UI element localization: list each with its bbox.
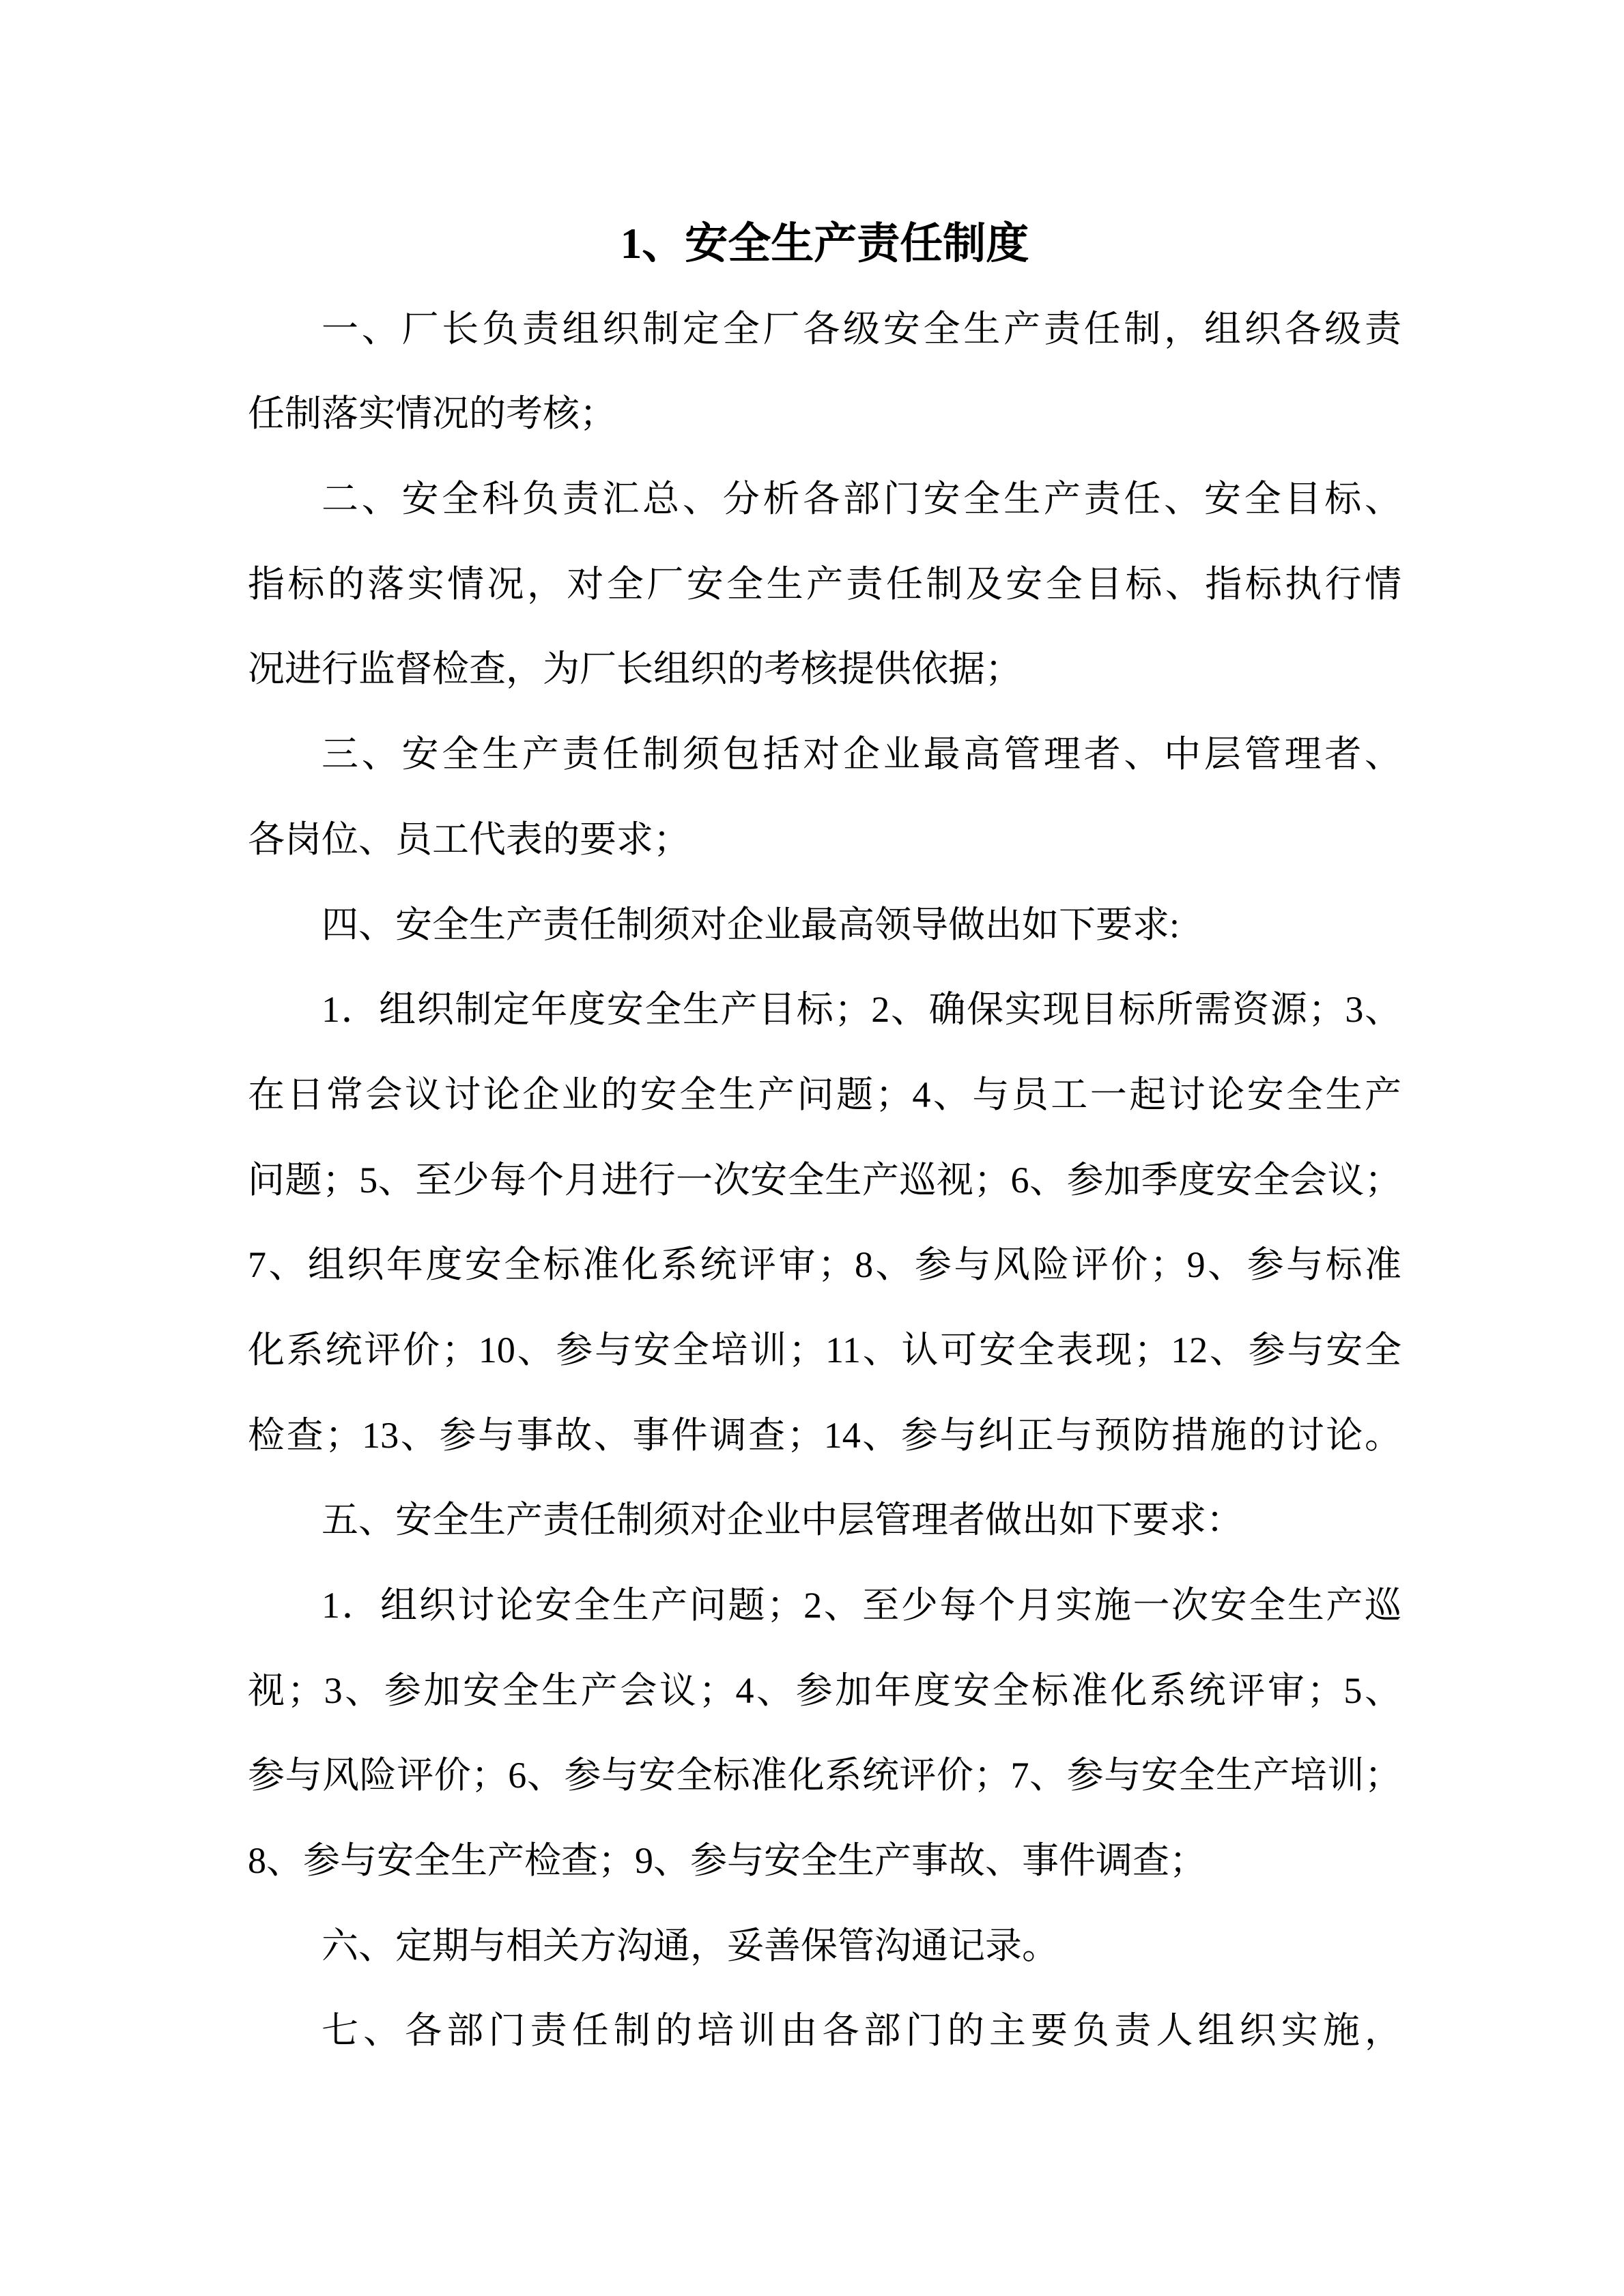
text-line: 参与风险评价；6、参与安全标准化系统评价；7、参与安全生产培训；	[248, 1733, 1401, 1818]
document-body: 一、厂长负责组织制定全厂各级安全生产责任制，组织各级责任制落实情况的考核；二、安…	[248, 287, 1401, 2073]
text-line: 问题；5、至少每个月进行一次安全生产巡视；6、参加季度安全会议；	[248, 1138, 1401, 1223]
text-line: 7、组织年度安全标准化系统评审；8、参与风险评价；9、参与标准	[248, 1222, 1401, 1308]
text-line: 检查；13、参与事故、事件调查；14、参与纠正与预防措施的讨论。	[248, 1393, 1401, 1478]
text-line: 化系统评价；10、参与安全培训；11、认可安全表现；12、参与安全	[248, 1308, 1401, 1393]
text-line: 一、厂长负责组织制定全厂各级安全生产责任制，组织各级责	[248, 287, 1401, 372]
document-content: 1、安全生产责任制度 一、厂长负责组织制定全厂各级安全生产责任制，组织各级责任制…	[248, 201, 1401, 2073]
text-line: 8、参与安全生产检查；9、参与安全生产事故、事件调查；	[248, 1818, 1401, 1904]
text-line: 四、安全生产责任制须对企业最高领导做出如下要求:	[248, 882, 1401, 968]
text-line: 二、安全科负责汇总、分析各部门安全生产责任、安全目标、	[248, 457, 1401, 542]
text-line: 视；3、参加安全生产会议；4、参加年度安全标准化系统评审；5、	[248, 1648, 1401, 1734]
text-line: 六、定期与相关方沟通，妥善保管沟通记录。	[248, 1904, 1401, 1989]
text-line: 各岗位、员工代表的要求；	[248, 797, 1401, 882]
text-line: 任制落实情况的考核；	[248, 371, 1401, 457]
text-line: 七、各部门责任制的培训由各部门的主要负责人组织实施，	[248, 1988, 1401, 2073]
text-line: 1．组织制定年度安全生产目标；2、确保实现目标所需资源；3、	[248, 967, 1401, 1052]
text-line: 五、安全生产责任制须对企业中层管理者做出如下要求：	[248, 1478, 1401, 1563]
text-line: 1．组织讨论安全生产问题；2、至少每个月实施一次安全生产巡	[248, 1563, 1401, 1648]
text-line: 况进行监督检查，为厂长组织的考核提供依据；	[248, 627, 1401, 712]
document-page: 1、安全生产责任制度 一、厂长负责组织制定全厂各级安全生产责任制，组织各级责任制…	[0, 0, 1624, 2296]
text-line: 指标的落实情况，对全厂安全生产责任制及安全目标、指标执行情	[248, 542, 1401, 627]
document-title: 1、安全生产责任制度	[248, 201, 1401, 287]
text-line: 在日常会议讨论企业的安全生产问题；4、与员工一起讨论安全生产	[248, 1052, 1401, 1138]
text-line: 三、安全生产责任制须包括对企业最高管理者、中层管理者、	[248, 712, 1401, 797]
